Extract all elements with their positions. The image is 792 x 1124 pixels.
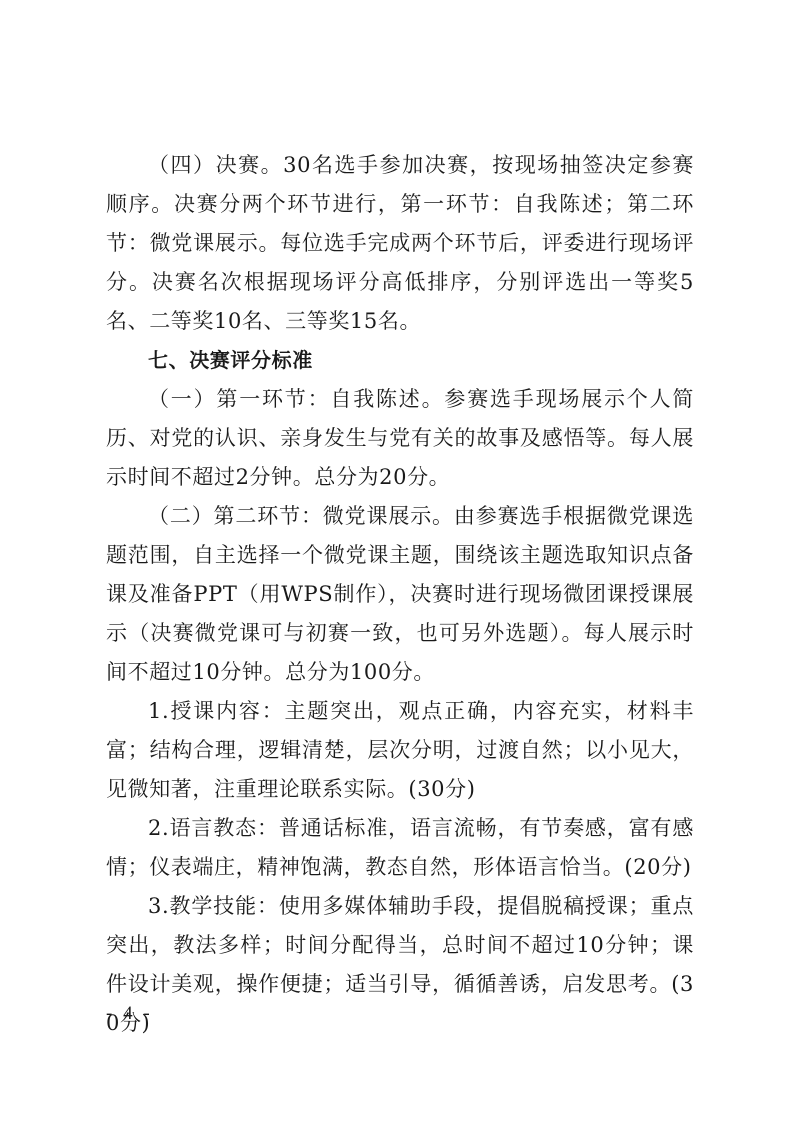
paragraph-final-round: （四）决赛。30名选手参加决赛，按现场抽签决定参赛顺序。决赛分两个环节进行，第一…	[106, 146, 694, 341]
paragraph-part-1-self-statement: （一）第一环节：自我陈述。参赛选手现场展示个人简历、对党的认识、亲身发生与党有关…	[106, 380, 694, 497]
paragraph-criterion-teaching-skills: 3.教学技能：使用多媒体辅助手段，提倡脱稿授课；重点突出，教法多样；时间分配得当…	[106, 887, 694, 1043]
paragraph-criterion-teaching-content: 1.授课内容：主题突出，观点正确，内容充实，材料丰富；结构合理，逻辑清楚，层次分…	[106, 692, 694, 809]
paragraph-criterion-language-demeanor: 2.语言教态：普通话标准，语言流畅，有节奏感，富有感情；仪表端庄，精神饱满，教态…	[106, 809, 694, 887]
section-heading-final-scoring-criteria: 七、决赛评分标准	[106, 341, 694, 380]
document-page-body: （四）决赛。30名选手参加决赛，按现场抽签决定参赛顺序。决赛分两个环节进行，第一…	[106, 146, 694, 1043]
page-number: - 4 -	[106, 1003, 153, 1025]
paragraph-part-2-micro-lesson: （二）第二环节：微党课展示。由参赛选手根据微党课选题范围，自主选择一个微党课主题…	[106, 497, 694, 692]
